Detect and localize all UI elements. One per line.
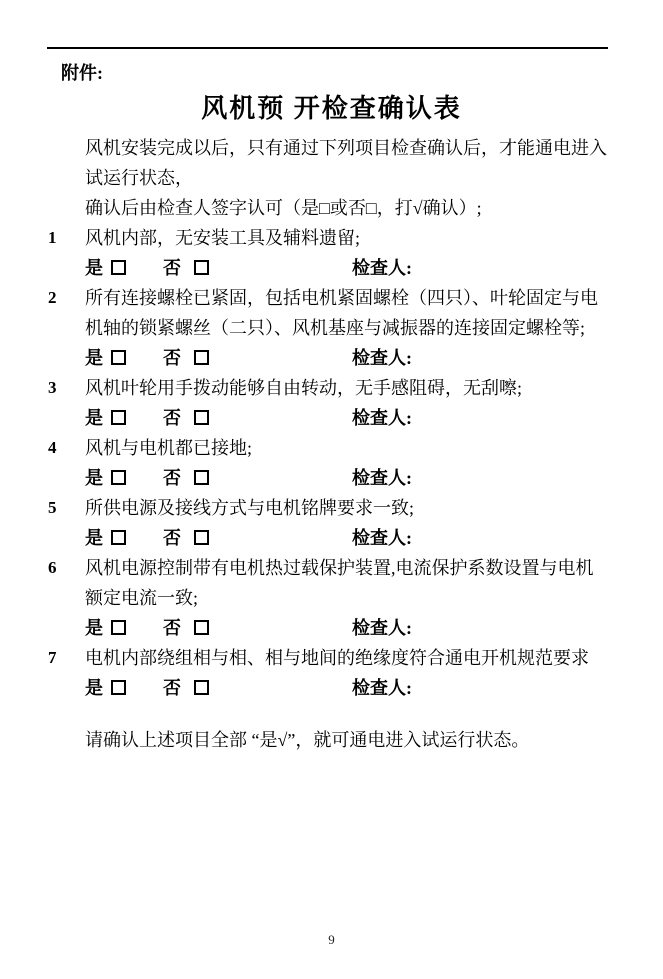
yes-checkbox[interactable] [111, 470, 126, 485]
inspector-label: 检查人: [352, 463, 412, 493]
intro-line-2: 试运行状态， [85, 163, 612, 193]
inspector-label: 检查人: [352, 343, 412, 373]
no-label: 否 [163, 463, 181, 493]
item-number: 4 [48, 433, 72, 463]
no-checkbox[interactable] [194, 410, 209, 425]
confirmation-row-5: 是 否 检查人: [85, 523, 612, 553]
confirmation-row-1: 是 否 检查人: [85, 253, 612, 283]
yes-checkbox[interactable] [111, 530, 126, 545]
attachment-label: 附件: [61, 59, 103, 85]
confirmation-row-6: 是 否 检查人: [85, 613, 612, 643]
checklist-item-4: 4 风机与电机都已接地; 是 否 检查人: [85, 433, 612, 493]
item-text: 风机内部，无安装工具及辅料遗留; [85, 223, 612, 253]
intro-line-3: 确认后由检查人签字认可（是□或否□，打√确认）; [85, 193, 612, 223]
no-checkbox[interactable] [194, 470, 209, 485]
confirmation-row-2: 是 否 检查人: [85, 343, 612, 373]
checklist-item-5: 5 所供电源及接线方式与电机铭牌要求一致; 是 否 检查人: [85, 493, 612, 553]
no-label: 否 [163, 343, 181, 373]
item-number: 2 [48, 283, 72, 313]
item-text: 风机电源控制带有电机热过载保护装置,电流保护系数设置与电机 [85, 553, 612, 583]
confirmation-row-4: 是 否 检查人: [85, 463, 612, 493]
item-text: 所有连接螺栓已紧固，包括电机紧固螺栓（四只）、叶轮固定与电 [85, 283, 612, 313]
item-number: 3 [48, 373, 72, 403]
checklist-item-1: 1 风机内部，无安装工具及辅料遗留; 是 否 检查人: [85, 223, 612, 283]
yes-checkbox[interactable] [111, 680, 126, 695]
item-number: 6 [48, 553, 72, 583]
checklist-item-3: 3 风机叶轮用手拨动能够自由转动，无手感阻碍，无刮嚓; 是 否 检查人: [85, 373, 612, 433]
item-number: 1 [48, 223, 72, 253]
no-label: 否 [163, 673, 181, 703]
yes-label: 是 [85, 343, 103, 373]
yes-label: 是 [85, 523, 103, 553]
inspector-label: 检查人: [352, 403, 412, 433]
inspector-label: 检查人: [352, 673, 412, 703]
no-checkbox[interactable] [194, 680, 209, 695]
yes-checkbox[interactable] [111, 350, 126, 365]
yes-checkbox[interactable] [111, 410, 126, 425]
page-title: 风机预 开检查确认表 [0, 88, 663, 125]
item-text: 电机内部绕组相与相、相与地间的绝缘度符合通电开机规范要求 [85, 643, 612, 673]
no-label: 否 [163, 253, 181, 283]
yes-checkbox[interactable] [111, 620, 126, 635]
no-label: 否 [163, 613, 181, 643]
yes-label: 是 [85, 673, 103, 703]
item-text: 额定电流一致; [85, 583, 612, 613]
document-page: 附件: 风机预 开检查确认表 风机安装完成以后，只有通过下列项目检查确认后，才能… [0, 0, 663, 979]
inspector-label: 检查人: [352, 523, 412, 553]
confirmation-row-3: 是 否 检查人: [85, 403, 612, 433]
yes-label: 是 [85, 253, 103, 283]
yes-label: 是 [85, 463, 103, 493]
no-checkbox[interactable] [194, 530, 209, 545]
checklist-item-6: 6 风机电源控制带有电机热过载保护装置,电流保护系数设置与电机 额定电流一致; … [85, 553, 612, 643]
no-label: 否 [163, 403, 181, 433]
item-text: 风机叶轮用手拨动能够自由转动，无手感阻碍，无刮嚓; [85, 373, 612, 403]
item-text: 风机与电机都已接地; [85, 433, 612, 463]
yes-label: 是 [85, 403, 103, 433]
item-text: 机轴的锁紧螺丝（二只）、风机基座与减振器的连接固定螺栓等; [85, 313, 612, 343]
intro-line-1: 风机安装完成以后，只有通过下列项目检查确认后，才能通电进入 [85, 133, 612, 163]
page-number: 9 [0, 932, 663, 948]
no-label: 否 [163, 523, 181, 553]
no-checkbox[interactable] [194, 620, 209, 635]
checklist-item-2: 2 所有连接螺栓已紧固，包括电机紧固螺栓（四只）、叶轮固定与电 机轴的锁紧螺丝（… [85, 283, 612, 373]
yes-checkbox[interactable] [111, 260, 126, 275]
item-number: 7 [48, 643, 72, 673]
no-checkbox[interactable] [194, 350, 209, 365]
item-text: 所供电源及接线方式与电机铭牌要求一致; [85, 493, 612, 523]
footer-note: 请确认上述项目全部 “是√”，就可通电进入试运行状态。 [85, 725, 612, 755]
item-number: 5 [48, 493, 72, 523]
no-checkbox[interactable] [194, 260, 209, 275]
inspector-label: 检查人: [352, 613, 412, 643]
yes-label: 是 [85, 613, 103, 643]
header-rule [47, 47, 608, 49]
checklist-item-7: 7 电机内部绕组相与相、相与地间的绝缘度符合通电开机规范要求 是 否 检查人: [85, 643, 612, 703]
document-content: 风机安装完成以后，只有通过下列项目检查确认后，才能通电进入 试运行状态， 确认后… [85, 133, 612, 755]
inspector-label: 检查人: [352, 253, 412, 283]
confirmation-row-7: 是 否 检查人: [85, 673, 612, 703]
